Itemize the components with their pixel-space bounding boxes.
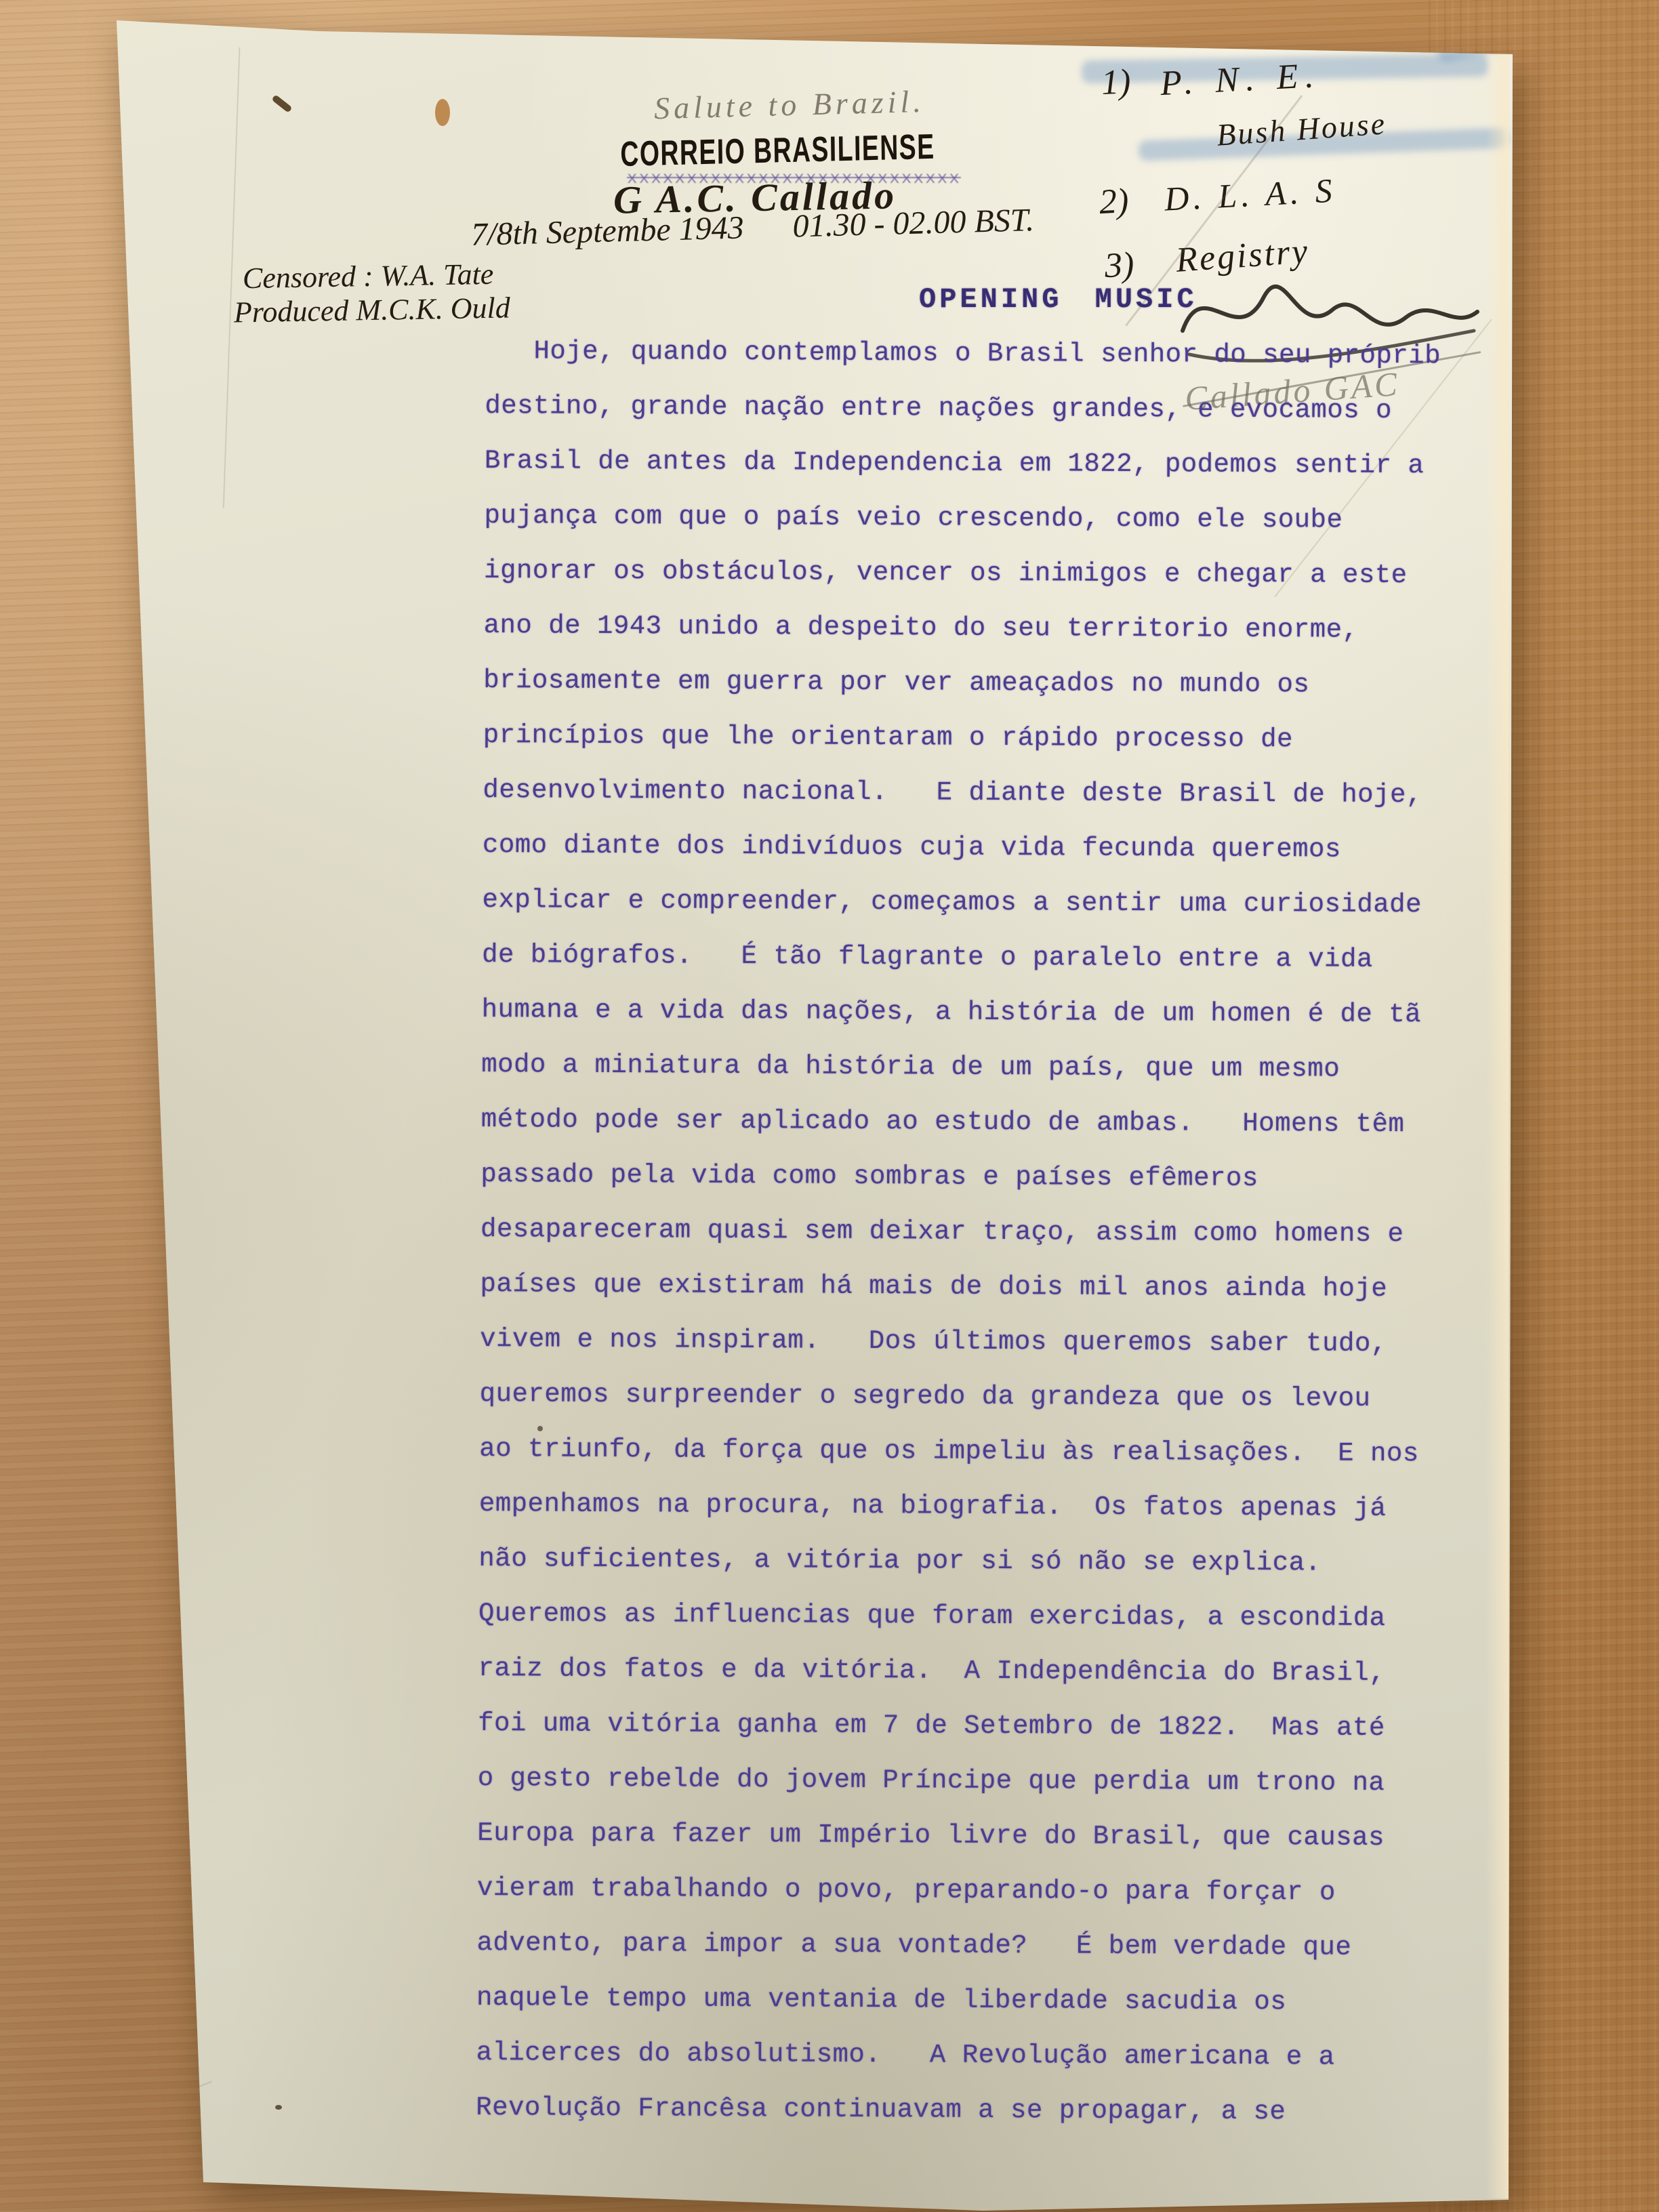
routing-item-3-number: 3) — [1103, 245, 1134, 286]
routing-item-1-number: 1) — [1100, 62, 1131, 103]
music-cue-heading: OPENING MUSIC — [919, 283, 1197, 316]
paper-wrapper: Salute to Brazil. 1) P. N. E. Bush House… — [0, 0, 1659, 2212]
typed-line: modo a miniatura da história de um país,… — [481, 1038, 1484, 1098]
typed-line: foi uma vitória ganha em 7 de Setembro d… — [478, 1696, 1481, 1757]
typed-line: advento, para impor a sua vontade? É bem… — [476, 1916, 1479, 1976]
script-page: Salute to Brazil. 1) P. N. E. Bush House… — [0, 0, 1659, 2212]
typed-line: raiz dos fatos e da vitória. A Independê… — [478, 1641, 1481, 1702]
typed-line: empenhamos na procura, na biografia. Os … — [479, 1477, 1482, 1537]
typed-line: queremos surpreender o segredo da grande… — [480, 1367, 1483, 1427]
typed-line: briosamente em guerra por ver ameaçados … — [483, 653, 1486, 714]
paper-edge-highlight — [1486, 53, 1509, 2198]
typed-line: ao triunfo, da força que os impeliu às r… — [479, 1422, 1482, 1482]
typed-line: como diante dos indivíduos cuja vida fec… — [483, 818, 1486, 878]
typed-line: Hoje, quando contemplamos o Brasil senho… — [485, 324, 1488, 384]
typed-line: naquele tempo uma ventania de liberdade … — [476, 1971, 1479, 2031]
typed-line: Brasil de antes da Independencia em 1822… — [485, 434, 1488, 494]
typed-line: Queremos as influencias que foram exerci… — [478, 1586, 1481, 1647]
typed-line: desapareceram quasi sem deixar traço, as… — [480, 1202, 1483, 1263]
paper-tear-mark — [271, 94, 292, 113]
pencil-note-top: Salute to Brazil. — [653, 83, 925, 126]
typed-line: ignorar os obstáculos, vencer os inimigo… — [484, 544, 1487, 604]
paper-crease-bottom-left — [4, 2081, 212, 2166]
typed-line: vieram trabalhando o povo, preparando-o … — [477, 1861, 1480, 1921]
paper-fleck-2 — [275, 2105, 282, 2110]
typed-line: desenvolvimento nacional. E diante deste… — [483, 763, 1486, 823]
typed-line: humana e a vida das nações, a história d… — [481, 983, 1484, 1043]
typed-line: Revolução Francêsa continuavam a se prop… — [476, 2081, 1479, 2141]
typed-line: ano de 1943 unido a despeito do seu terr… — [483, 598, 1486, 659]
paper-stain-spot — [435, 99, 450, 126]
typed-line: pujança com que o país veio crescendo, c… — [484, 489, 1487, 549]
routing-item-1-label: P. N. E. — [1160, 56, 1322, 104]
paper-crease-left — [222, 47, 241, 508]
typed-body: Hoje, quando contemplamos o Brasil senho… — [476, 324, 1488, 2141]
typed-line: Europa para fazer um Império livre do Br… — [477, 1806, 1480, 1866]
typed-line: de biógrafos. É tão flagrante o paralelo… — [482, 928, 1485, 988]
routing-item-2-label: D. L. A. S — [1164, 170, 1337, 218]
handwritten-dateline: 7/8th Septembe 1943 01.30 - 02.00 BST. — [470, 201, 1034, 253]
typed-line: não suficientes, a vitória por si só não… — [478, 1532, 1481, 1592]
produced-line: Produced M.C.K. Ould — [234, 290, 511, 329]
typed-line: destino, grande nação entre nações grand… — [485, 379, 1488, 439]
typed-line: explicar e compreender, começamos a sent… — [482, 873, 1485, 933]
typed-line: o gesto rebelde do jovem Príncipe que pe… — [478, 1751, 1481, 1811]
typed-line: método pode ser aplicado ao estudo de am… — [481, 1092, 1484, 1153]
typed-line: vivem e nos inspiram. Dos últimos querem… — [480, 1312, 1483, 1372]
typed-line: princípios que lhe orientaram o rápido p… — [483, 708, 1486, 769]
censored-line: Censored : W.A. Tate — [243, 257, 494, 295]
routing-item-2-number: 2) — [1098, 181, 1129, 222]
typed-line: alicerces do absolutismo. A Revolução am… — [476, 2026, 1479, 2086]
typed-line: países que existiram há mais de dois mil… — [480, 1257, 1483, 1317]
photo-of-desk: { "document": { "pencil_note_top": "Salu… — [0, 0, 1659, 2212]
typed-line: passado pela vida como sombras e países … — [480, 1147, 1483, 1208]
